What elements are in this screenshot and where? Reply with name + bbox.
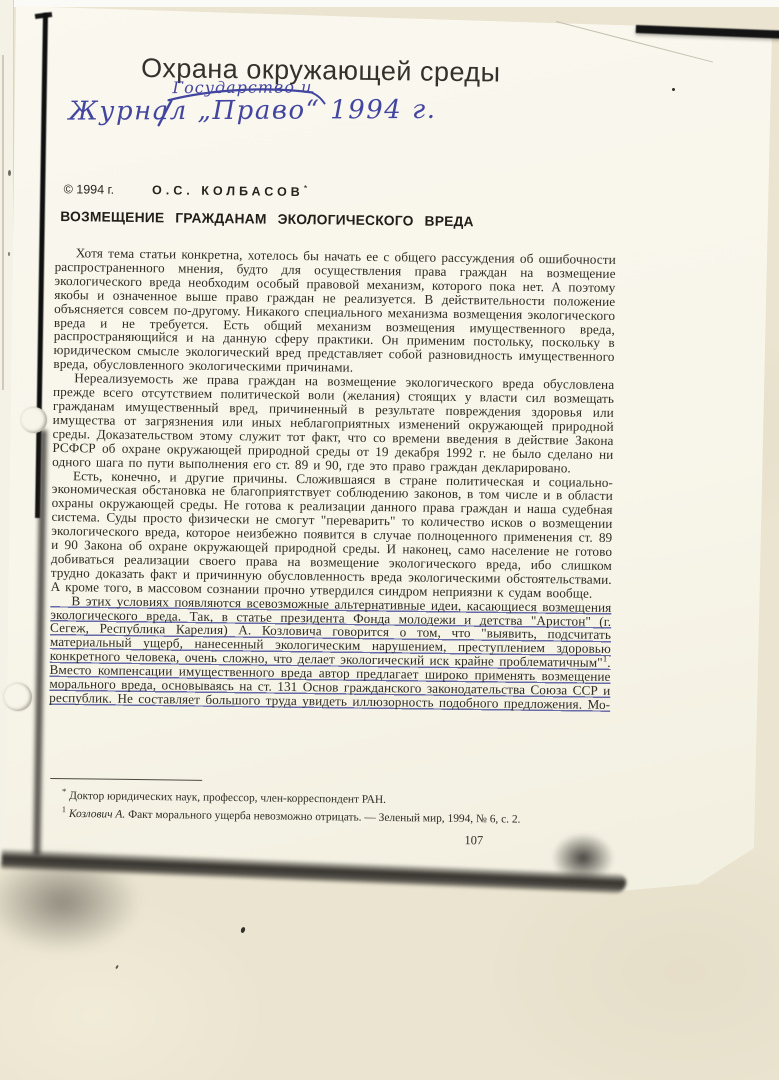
paragraph: Нереализуемость же права граждан на возм… — [52, 371, 614, 475]
article-body: Хотя тема статьи конкретна, хотелось бы … — [49, 246, 616, 712]
page-number: 107 — [464, 833, 483, 848]
footnote-cited-author: Козлович А. — [69, 808, 126, 821]
footnote-rule — [50, 778, 202, 781]
author-footnote-mark: * — [304, 183, 308, 193]
paragraph: Есть, конечно, и другие причины. Сложивш… — [51, 468, 614, 600]
copyright-year: © 1994 г. — [64, 182, 115, 197]
article-title: ВОЗМЕЩЕНИЕ ГРАЖДАНАМ ЭКОЛОГИЧЕСКОГО ВРЕД… — [60, 209, 474, 229]
handwritten-annotation: Государство и Журнал „Право“ 1994 г. — [62, 76, 482, 148]
footnote-text: Факт морального ущерба невозможно отрица… — [128, 809, 520, 826]
author-name: О.С. КОЛБАСОВ — [152, 183, 304, 199]
footnotes: * Доктор юридических наук, профессор, чл… — [62, 785, 607, 828]
paragraph-text: В этих условиях появляются всевозможные … — [50, 593, 612, 670]
handwritten-journal-line: Журнал „Право“ 1994 г. — [69, 95, 437, 127]
pen-underlined-paragraph: В этих условиях появляются всевозможные … — [49, 594, 611, 712]
copyright-line: © 1994 г.О.С. КОЛБАСОВ* — [64, 180, 308, 199]
scanned-document-page: Охрана окружающей среды Государство и Жу… — [0, 0, 779, 1080]
page-content: Охрана окружающей среды Государство и Жу… — [0, 0, 779, 1009]
handwritten-insertion: Государство и — [172, 77, 312, 97]
paragraph: Хотя тема статьи конкретна, хотелось бы … — [53, 246, 616, 378]
footnote-marker: * — [62, 786, 66, 796]
footnote-marker: 1 — [62, 804, 66, 814]
